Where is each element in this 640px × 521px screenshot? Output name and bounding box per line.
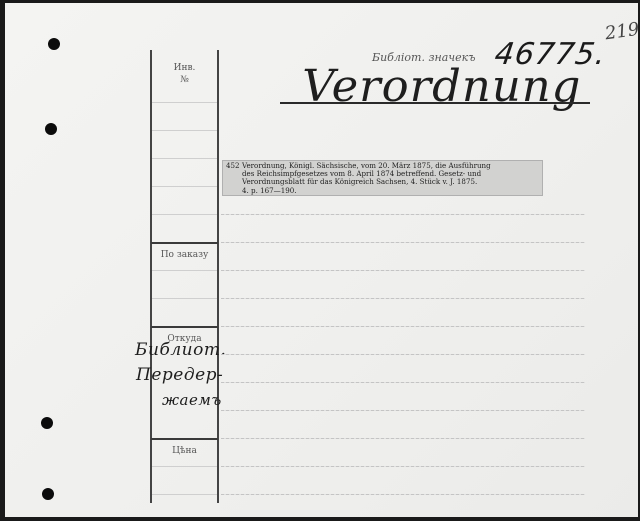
column-rule bbox=[152, 270, 217, 271]
clipping-line: 4. p. 167—190. bbox=[226, 187, 539, 195]
ruled-line bbox=[221, 354, 585, 355]
price-label: Цѣна bbox=[152, 446, 217, 456]
corner-number: 219 bbox=[604, 19, 640, 45]
column-rule bbox=[152, 298, 217, 299]
ruled-line bbox=[221, 326, 585, 327]
column-rule bbox=[152, 214, 217, 215]
column-rule bbox=[152, 494, 217, 495]
column-rule bbox=[152, 158, 217, 159]
section-divider bbox=[151, 438, 218, 440]
column-rule bbox=[152, 186, 217, 187]
ruled-line bbox=[221, 410, 585, 411]
ruled-line bbox=[221, 466, 585, 467]
punch-hole-icon bbox=[41, 417, 53, 429]
column-rule bbox=[152, 130, 217, 131]
ruled-line bbox=[221, 270, 585, 271]
column-right-border bbox=[217, 50, 219, 503]
inventory-label: Инв. bbox=[152, 63, 217, 73]
inventory-no-label: № bbox=[152, 75, 217, 85]
section-divider bbox=[151, 242, 218, 244]
clipping-line: Verordnung, Königl. Sächsische, vom 20. … bbox=[242, 162, 491, 170]
punch-hole-icon bbox=[48, 38, 60, 50]
clipping-number: 452 bbox=[226, 162, 242, 170]
ruled-line bbox=[221, 242, 585, 243]
clipping-line: Verordnungsblatt für das Königreich Sach… bbox=[226, 178, 539, 186]
punch-hole-icon bbox=[45, 123, 57, 135]
column-rule bbox=[152, 466, 217, 467]
clipping-line: des Reichsimpfgesetzes vom 8. April 1874… bbox=[226, 170, 539, 178]
by-order-label: По заказу bbox=[152, 250, 217, 260]
ruled-line bbox=[221, 382, 585, 383]
handwritten-source-line-1: Библиот. bbox=[135, 340, 226, 360]
ruled-line bbox=[221, 214, 585, 215]
handwritten-source-line-3: жаемъ bbox=[162, 391, 222, 409]
ruled-line bbox=[221, 438, 585, 439]
punch-hole-icon bbox=[42, 488, 54, 500]
column-left-border bbox=[150, 50, 152, 503]
pasted-clipping: 452Verordnung, Königl. Sächsische, vom 2… bbox=[222, 160, 543, 196]
ruled-line bbox=[221, 494, 585, 495]
ruled-line bbox=[221, 298, 585, 299]
catalog-card: 219 Библіот. значекъ 46775. Verordnung И… bbox=[5, 3, 638, 517]
card-heading: Verordnung bbox=[302, 61, 581, 112]
section-divider bbox=[151, 326, 218, 328]
handwritten-source-line-2: Передер- bbox=[136, 365, 223, 385]
column-rule bbox=[152, 102, 217, 103]
heading-underline bbox=[280, 102, 590, 104]
